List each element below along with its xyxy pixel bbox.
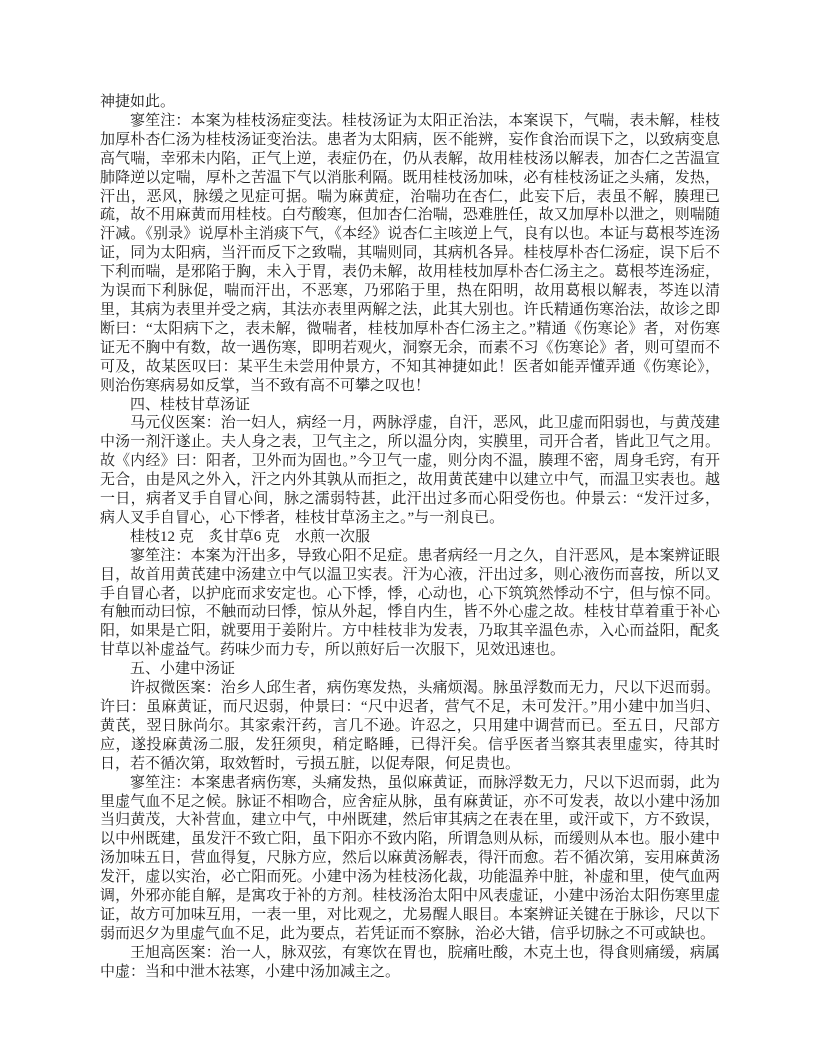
case-paragraph-wangxugao: 王旭高医案：治一人，脉双弦，有寒饮在胃也，脘痛吐酸，木克土也，得食则痛缓，病属中… — [100, 944, 720, 982]
text-column: 神捷如此。 寥笙注：本案为桂枝汤症变法。桂枝汤证为太阳正治法，本案误下，气喘，表… — [100, 93, 720, 982]
commentary-paragraph-guizhi-gancao: 寥笙注：本案为汗出多，导致心阳不足症。患者病经一月之久，自汗恶风，是本案辨证眼目… — [100, 547, 720, 660]
case-paragraph-mayuanyi: 马元仪医案：治一妇人，病经一月，两脉浮虚，自汗，恶风，此卫虚而阳弱也，与黄茂建中… — [100, 414, 720, 527]
section-heading-5-xiaojianzhong: 五、小建中汤证 — [100, 660, 720, 679]
prescription-line: 桂枝12 克 炙甘草6 克 水煎一次服 — [100, 528, 720, 547]
commentary-paragraph-guizhi-houpo: 寥笙注：本案为桂枝汤症变法。桂枝汤证为太阳正治法，本案误下，气喘，表未解，桂枝加… — [100, 112, 720, 396]
document-page: 神捷如此。 寥笙注：本案为桂枝汤症变法。桂枝汤证为太阳正治法，本案误下，气喘，表… — [0, 0, 816, 1056]
paragraph-continuation: 神捷如此。 — [100, 93, 720, 112]
case-paragraph-xushuwei: 许叔微医案：治乡人邱生者，病伤寒发热，头痛烦渴。脉虽浮数而无力，尺以下迟而弱。许… — [100, 679, 720, 774]
section-heading-4-guizhi-gancao: 四、桂枝甘草汤证 — [100, 396, 720, 415]
commentary-paragraph-xiaojianzhong: 寥笙注：本案患者病伤寒，头痛发热，虽似麻黄证，而脉浮数无力，尺以下迟而弱，此为里… — [100, 774, 720, 944]
